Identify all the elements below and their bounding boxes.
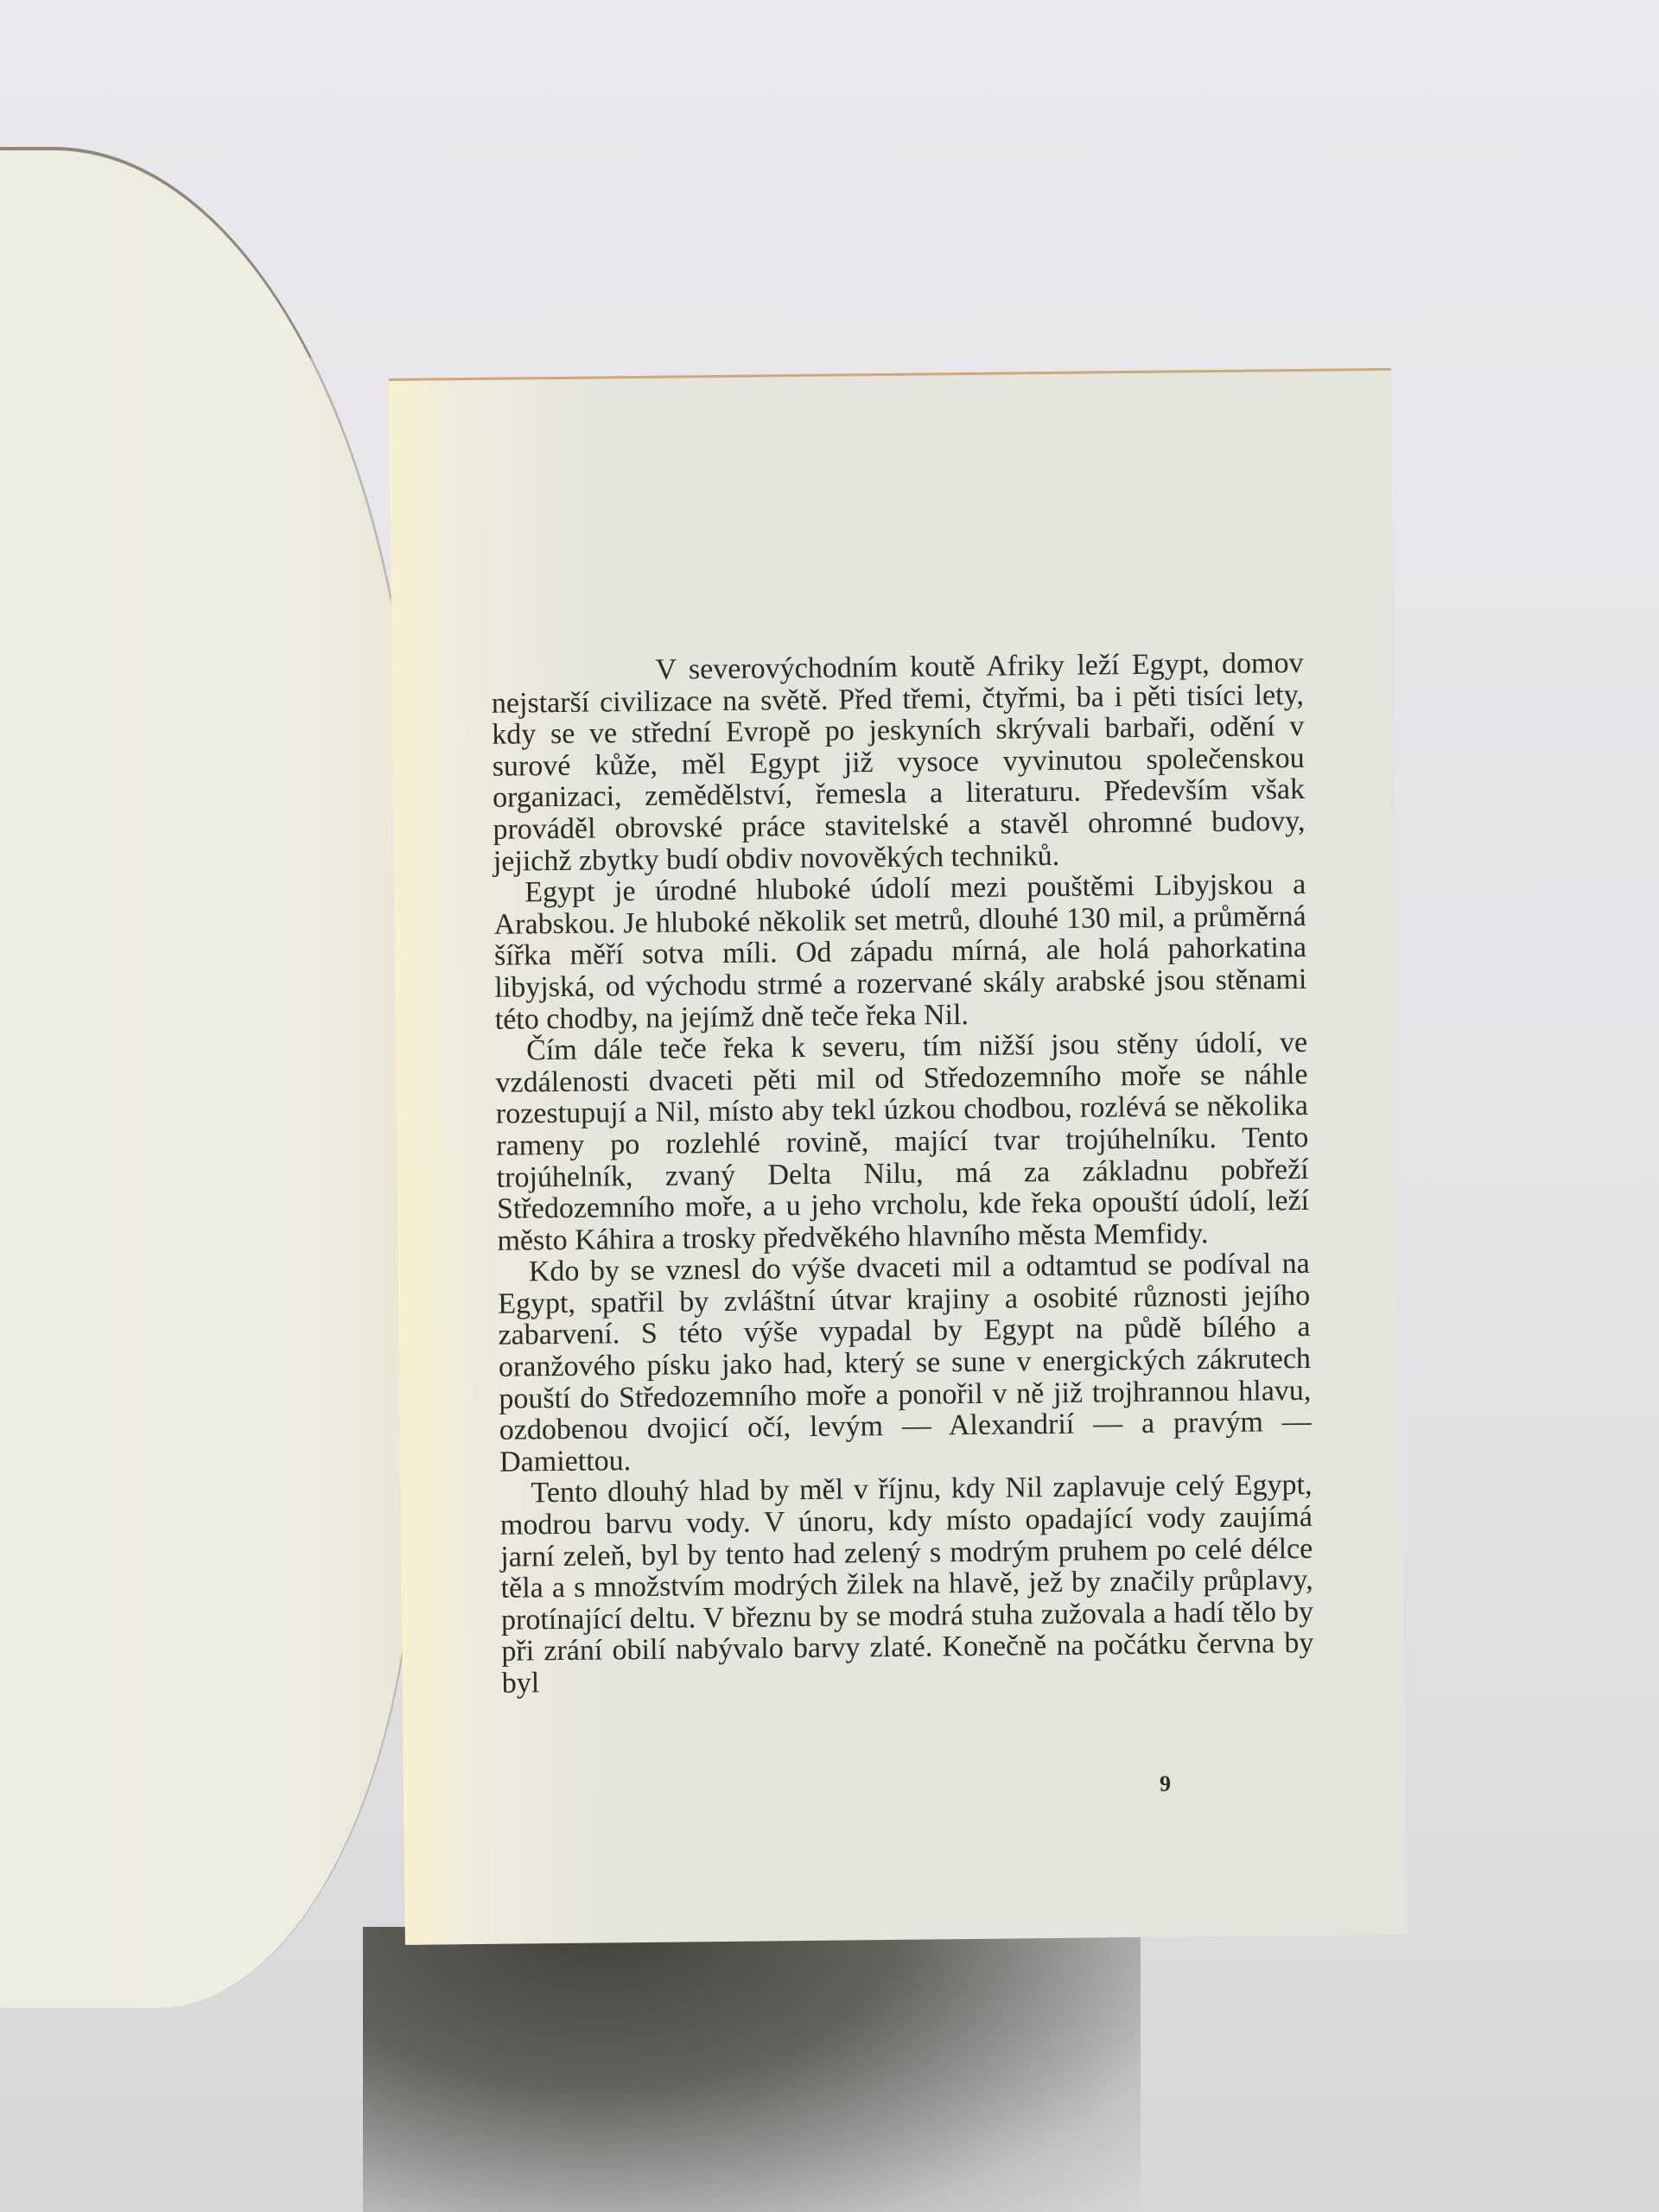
paragraph: Tento dlouhý hlad by měl v říjnu, kdy Ni… — [499, 1470, 1314, 1700]
paragraph: V severovýchodním koutě Afriky leží Egyp… — [491, 648, 1306, 878]
paragraph: Kdo by se vznesl do výše dvaceti mil a o… — [498, 1249, 1313, 1478]
gutter-shade — [389, 380, 466, 1945]
left-page-curled — [0, 147, 416, 2008]
page-body-text: V severovýchodním koutě Afriky leží Egyp… — [491, 648, 1314, 1700]
page-number: 9 — [1160, 1771, 1171, 1797]
paragraph: Egypt je úrodné hluboké údolí mezi poušt… — [493, 869, 1307, 1036]
right-page: V severovýchodním koutě Afriky leží Egyp… — [389, 368, 1408, 1945]
book-shadow — [363, 1927, 1141, 2212]
paragraph: Čím dále teče řeka k severu, tím nižší j… — [495, 1027, 1310, 1257]
